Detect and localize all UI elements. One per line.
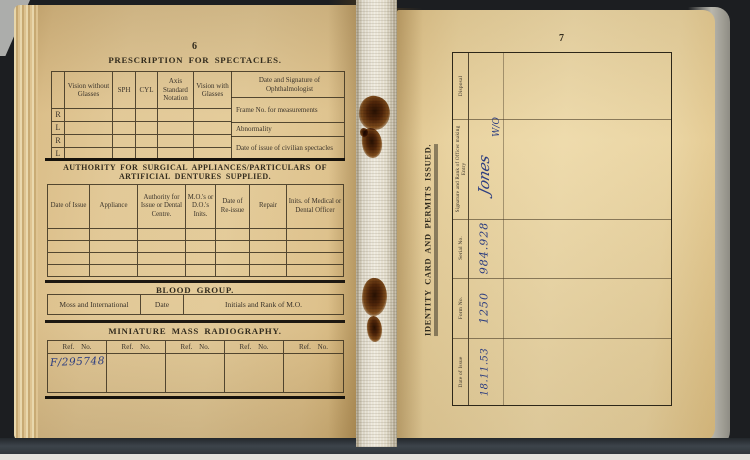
empty-cell [158,122,194,135]
column-header: Disposal [458,76,464,96]
section-rule [45,280,345,283]
column-header: Axis Standard Notation [158,72,194,109]
empty-cell [48,253,90,265]
empty-cell [136,122,158,135]
column-header: CYL [136,72,158,109]
empty-cell [216,241,250,253]
row-label: L [52,122,65,135]
empty-cell [65,135,113,148]
column-header: Repair [250,185,287,229]
handwritten-signature: Jones [475,153,493,196]
table-line [453,278,671,279]
column-header: Serial No. [458,236,464,260]
empty-cell [138,241,186,253]
empty-cell [186,253,216,265]
empty-cell [138,253,186,265]
page-7-number: 7 [452,33,672,44]
column-header: Authority for Issue or Dental Centre. [138,185,186,229]
empty-cell [113,122,136,135]
column-header: Vision with Glasses [194,72,232,109]
empty-cell [138,229,186,241]
column-header: Initials and Rank of M.O. [184,295,344,315]
handwritten-date-of-issue: 18.11.53 [480,348,491,397]
empty-cell [90,241,138,253]
column-header: Date of Issue [458,356,464,387]
tape-weave-texture [356,0,397,447]
empty-cell [225,354,284,393]
handwritten-serial-no: 984.928 [478,222,491,275]
column-header: M.O.'s or D.O.'s Inits. [186,185,216,229]
empty-cell [216,265,250,277]
empty-cell [136,109,158,122]
column-header: Inits. of Medical or Dental Officer [287,185,344,229]
handwritten-rank: W/O [492,117,502,137]
table-line [503,53,504,405]
column-header: Signature and Rank of Officer making Ent… [455,121,467,217]
empty-cell [90,265,138,277]
gutter-shadow-right [397,8,423,442]
empty-cell [250,265,287,277]
table-line [453,338,671,339]
authority-heading-line2: ARTIFICIAL DENTURES SUPPLIED. [45,172,345,181]
handwritten-form-no: 1250 [478,292,491,324]
page-6-title: PRESCRIPTION FOR SPECTACLES. [45,55,345,65]
column-header: Form No. [458,297,464,320]
empty-cell [113,135,136,148]
open-booklet-scan: 6 PRESCRIPTION FOR SPECTACLES. Vision wi… [0,0,750,460]
empty-cell [90,229,138,241]
column-header: Ref. No. [166,341,225,354]
empty-cell [250,229,287,241]
column-header: Appliance [90,185,138,229]
table-line [453,119,671,120]
empty-cell [186,241,216,253]
row-label: R [52,109,65,122]
column-header: Date of Issue [48,185,90,229]
empty-cell [287,253,344,265]
column-header: Date of Re-issue [216,185,250,229]
empty-cell [158,109,194,122]
empty-cell [107,354,166,393]
column-header: Moss and International [48,295,141,315]
empty-cell [48,241,90,253]
binding-tape [356,0,397,447]
authority-table: Date of Issue Appliance Authority for Is… [47,184,344,277]
empty-cell [250,253,287,265]
row-header: Frame No. for measurements [231,98,345,123]
empty-cell [186,229,216,241]
scan-background-strip [0,454,750,460]
empty-cell [138,265,186,277]
blood-group-table: Moss and International Date Initials and… [47,294,344,315]
handwritten-ref-no: F/295748 [50,355,105,369]
section-rule [45,320,345,323]
column-header: Ref. No. [284,341,344,354]
column-header: Date and Signature of Ophthalmologist [231,72,345,98]
section-rule [45,396,345,399]
empty-cell [194,109,232,122]
empty-cell [166,354,225,393]
page-6-stacked-edges [14,5,38,442]
empty-cell [216,253,250,265]
column-header: SPH [113,72,136,109]
empty-cell [65,122,113,135]
radiography-heading: MINIATURE MASS RADIOGRAPHY. [45,326,345,336]
empty-cell [216,229,250,241]
section-rule [45,158,345,161]
empty-cell [52,72,65,109]
empty-cell [186,265,216,277]
rust-stain [360,128,368,137]
empty-cell [250,241,287,253]
column-header: Ref. No. [225,341,284,354]
page-6-number: 6 [45,41,345,52]
permits-table: Disposal Signature and Rank of Officer m… [452,52,672,406]
empty-cell [65,109,113,122]
empty-cell [194,122,232,135]
empty-cell [113,109,136,122]
empty-cell [90,253,138,265]
empty-cell [287,265,344,277]
column-header: Vision without Glasses [65,72,113,109]
column-header: Date [141,295,184,315]
empty-cell [136,135,158,148]
row-label: R [52,135,65,148]
row-header: Abnormality [231,123,345,137]
spectacles-table: Vision without Glasses SPH CYL Axis Stan… [51,71,232,161]
empty-cell [287,241,344,253]
empty-cell [284,354,344,393]
table-line [468,53,469,405]
empty-cell [287,229,344,241]
column-header: Ref. No. [107,341,166,354]
column-header: Ref. No. [48,341,107,354]
empty-cell [194,135,232,148]
spectacles-table-right-column: Date and Signature of Ophthalmologist Fr… [231,71,345,161]
empty-cell [48,265,90,277]
authority-heading-line1: AUTHORITY FOR SURGICAL APPLIANCES/PARTIC… [45,163,345,172]
empty-cell [158,135,194,148]
empty-cell [48,229,90,241]
page-7-title: IDENTITY CARD AND PERMITS ISSUED. [423,144,438,336]
table-line [453,219,671,220]
